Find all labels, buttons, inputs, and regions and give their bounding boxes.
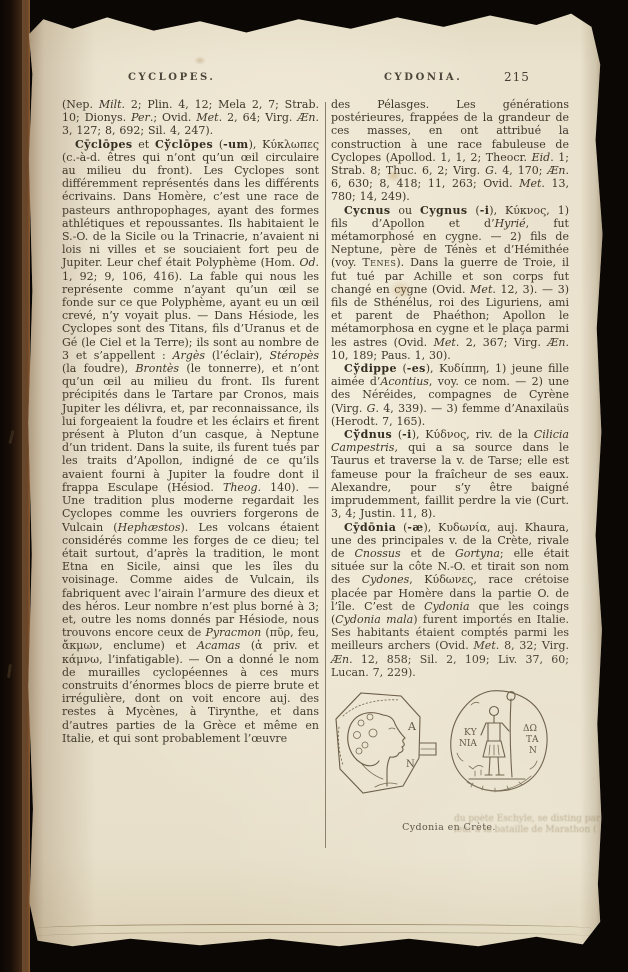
- text-segment: Brontès: [135, 362, 179, 375]
- right-coin-letter-n: Ν: [529, 746, 537, 756]
- text-segment: Gortyna: [455, 547, 500, 560]
- text-segment: Met: [196, 111, 218, 124]
- text-segment: (: [213, 138, 223, 151]
- text-segment: Met: [470, 283, 492, 296]
- text-segment: Met: [474, 639, 496, 652]
- text-segment: Cnossus: [355, 547, 401, 560]
- text-segment: Cȳdōnia: [344, 521, 396, 534]
- photo-backdrop: { "header": { "left_running_title": "CYC…: [0, 0, 628, 972]
- text-segment: (: [392, 428, 402, 441]
- bleed-line: leur à la bataille de Marathon (: [454, 825, 614, 836]
- text-segment: Met: [434, 336, 456, 349]
- text-segment: Tenes: [362, 256, 396, 269]
- right-text-column: des Pélasges. Les générations postérieur…: [331, 98, 569, 834]
- text-segment: Cydonia: [424, 600, 469, 613]
- text-segment: Acontius: [380, 375, 428, 388]
- running-head-left: CYCLOPES.: [128, 72, 216, 83]
- text-segment: Cydones: [362, 573, 410, 586]
- text-segment: Milt: [99, 98, 122, 111]
- coin-illustration: A N: [323, 683, 575, 834]
- text-segment: Æn: [547, 336, 565, 349]
- text-segment: et de: [401, 547, 455, 560]
- text-segment: Cўdnus: [344, 428, 392, 441]
- text-segment: Cygnus: [420, 204, 467, 217]
- paragraph: des Pélasges. Les générations postérieur…: [331, 98, 569, 204]
- running-head-right: CYDONIA.: [384, 72, 462, 83]
- paragraph: Cycnus ou Cygnus (-i), Κύκνος, 1) fils d…: [331, 204, 569, 362]
- text-segment: -i: [402, 428, 412, 441]
- page-number: 215: [504, 70, 530, 84]
- text-segment: (: [467, 204, 479, 217]
- spine-highlight: [22, 0, 28, 972]
- text-segment: Eid: [532, 151, 551, 164]
- text-segment: . 2, 367; Virg.: [456, 336, 548, 349]
- text-segment: . 1, 92; 9, 106, 416). La fable qui nous…: [62, 256, 319, 361]
- text-segment: Cȳclōpes: [75, 138, 132, 151]
- dust-fiber: [270, 10, 300, 28]
- paragraph: (Nep. Milt. 2; Plin. 4, 12; Mela 2, 7; S…: [62, 98, 319, 138]
- text-segment: Cўdippe: [344, 362, 397, 375]
- text-segment: ). Les volcans étaient considérés comme …: [62, 521, 319, 640]
- text-segment: (le tonnerre), et n’ont qu’un œil au mil…: [62, 362, 319, 494]
- text-segment: (: [396, 521, 407, 534]
- text-segment: -æ: [407, 521, 423, 534]
- text-segment: Cўclōpes: [155, 138, 213, 151]
- text-segment: Met: [519, 177, 541, 190]
- left-coin: A N: [336, 693, 420, 793]
- coin-clasp: [420, 743, 436, 755]
- text-segment: (ἀ priv. et κάμνω, l’infatigable). — On …: [62, 639, 319, 744]
- text-segment: (la foudre),: [62, 362, 135, 375]
- text-segment: G: [485, 164, 494, 177]
- text-segment: . 8, 32; Virg.: [496, 639, 569, 652]
- text-segment: et: [132, 138, 155, 151]
- bleed-through-text: du poète Eschyle, se disting par leur à …: [454, 814, 614, 836]
- text-segment: Æn: [297, 111, 315, 124]
- text-segment: . 4, 170;: [494, 164, 548, 177]
- text-segment: Per: [131, 111, 150, 124]
- text-segment: . 12, 858; Sil. 2, 109; Liv. 37, 60; Luc…: [331, 653, 569, 679]
- text-segment: -um: [223, 138, 248, 151]
- right-coin-letters-do: ΔΩ: [523, 724, 537, 734]
- under-page-edge: [36, 932, 592, 941]
- right-coin-letters-ky: ΚΥ: [464, 728, 478, 738]
- paragraph: Cȳclōpes et Cўclōpes (-um), Κύκλωπες (c.…: [62, 138, 319, 745]
- text-segment: Cydonia mala: [335, 613, 413, 626]
- page-edge-shadow: [580, 8, 606, 950]
- text-segment: .; Ovid.: [150, 111, 197, 124]
- text-segment: Argès: [173, 349, 205, 362]
- text-segment: -es: [407, 362, 426, 375]
- paragraph: Cȳdōnia (-æ), Κυδωνία, auj. Khaura, une …: [331, 521, 569, 679]
- left-text-column: (Nep. Milt. 2; Plin. 4, 12; Mela 2, 7; S…: [62, 98, 319, 745]
- book-page: CYCLOPES. CYDONIA. 215 (Nep. Milt. 2; Pl…: [26, 8, 606, 950]
- text-segment: Cycnus: [344, 204, 390, 217]
- right-coin: ΚΥ ΝΙΑ ΔΩ ΤΑ Ν: [451, 691, 547, 792]
- text-segment: ), Κύκλωπες (c.-à-d. êtres qui n’ont qu’…: [62, 138, 319, 270]
- text-segment: . 2, 64; Virg.: [219, 111, 298, 124]
- text-segment: (: [397, 362, 407, 375]
- text-segment: Æn: [331, 653, 349, 666]
- text-segment: -i: [480, 204, 490, 217]
- text-segment: Hyrié: [495, 217, 526, 230]
- text-segment: ), Κύδνος, riv. de la: [412, 428, 534, 441]
- text-segment: Hephæstos: [118, 521, 181, 534]
- left-coin-letter-n: N: [406, 759, 415, 770]
- paragraph: Cўdippe (-es), Κυδίππη, 1) jeune fille a…: [331, 362, 569, 428]
- bleed-line: du poète Eschyle, se disting par: [454, 814, 614, 825]
- text-segment: ou: [390, 204, 420, 217]
- text-segment: Pyracmon: [205, 626, 261, 639]
- text-segment: Od: [299, 256, 315, 269]
- text-segment: Æn: [547, 164, 565, 177]
- text-segment: (l’éclair),: [205, 349, 269, 362]
- text-segment: (Nep.: [62, 98, 99, 111]
- text-segment: Stéropès: [269, 349, 319, 362]
- cydonia-coins-engraving: A N: [323, 683, 575, 818]
- text-segment: Theog: [223, 481, 258, 494]
- text-segment: Acamas: [197, 639, 240, 652]
- left-coin-letter-a: A: [407, 720, 417, 733]
- stain: [194, 56, 206, 65]
- paragraph: Cўdnus (-i), Κύδνος, riv. de la Cilicia …: [331, 428, 569, 520]
- right-coin-letters-nia: ΝΙΑ: [459, 739, 477, 749]
- right-coin-letters-ta: ΤΑ: [526, 735, 539, 745]
